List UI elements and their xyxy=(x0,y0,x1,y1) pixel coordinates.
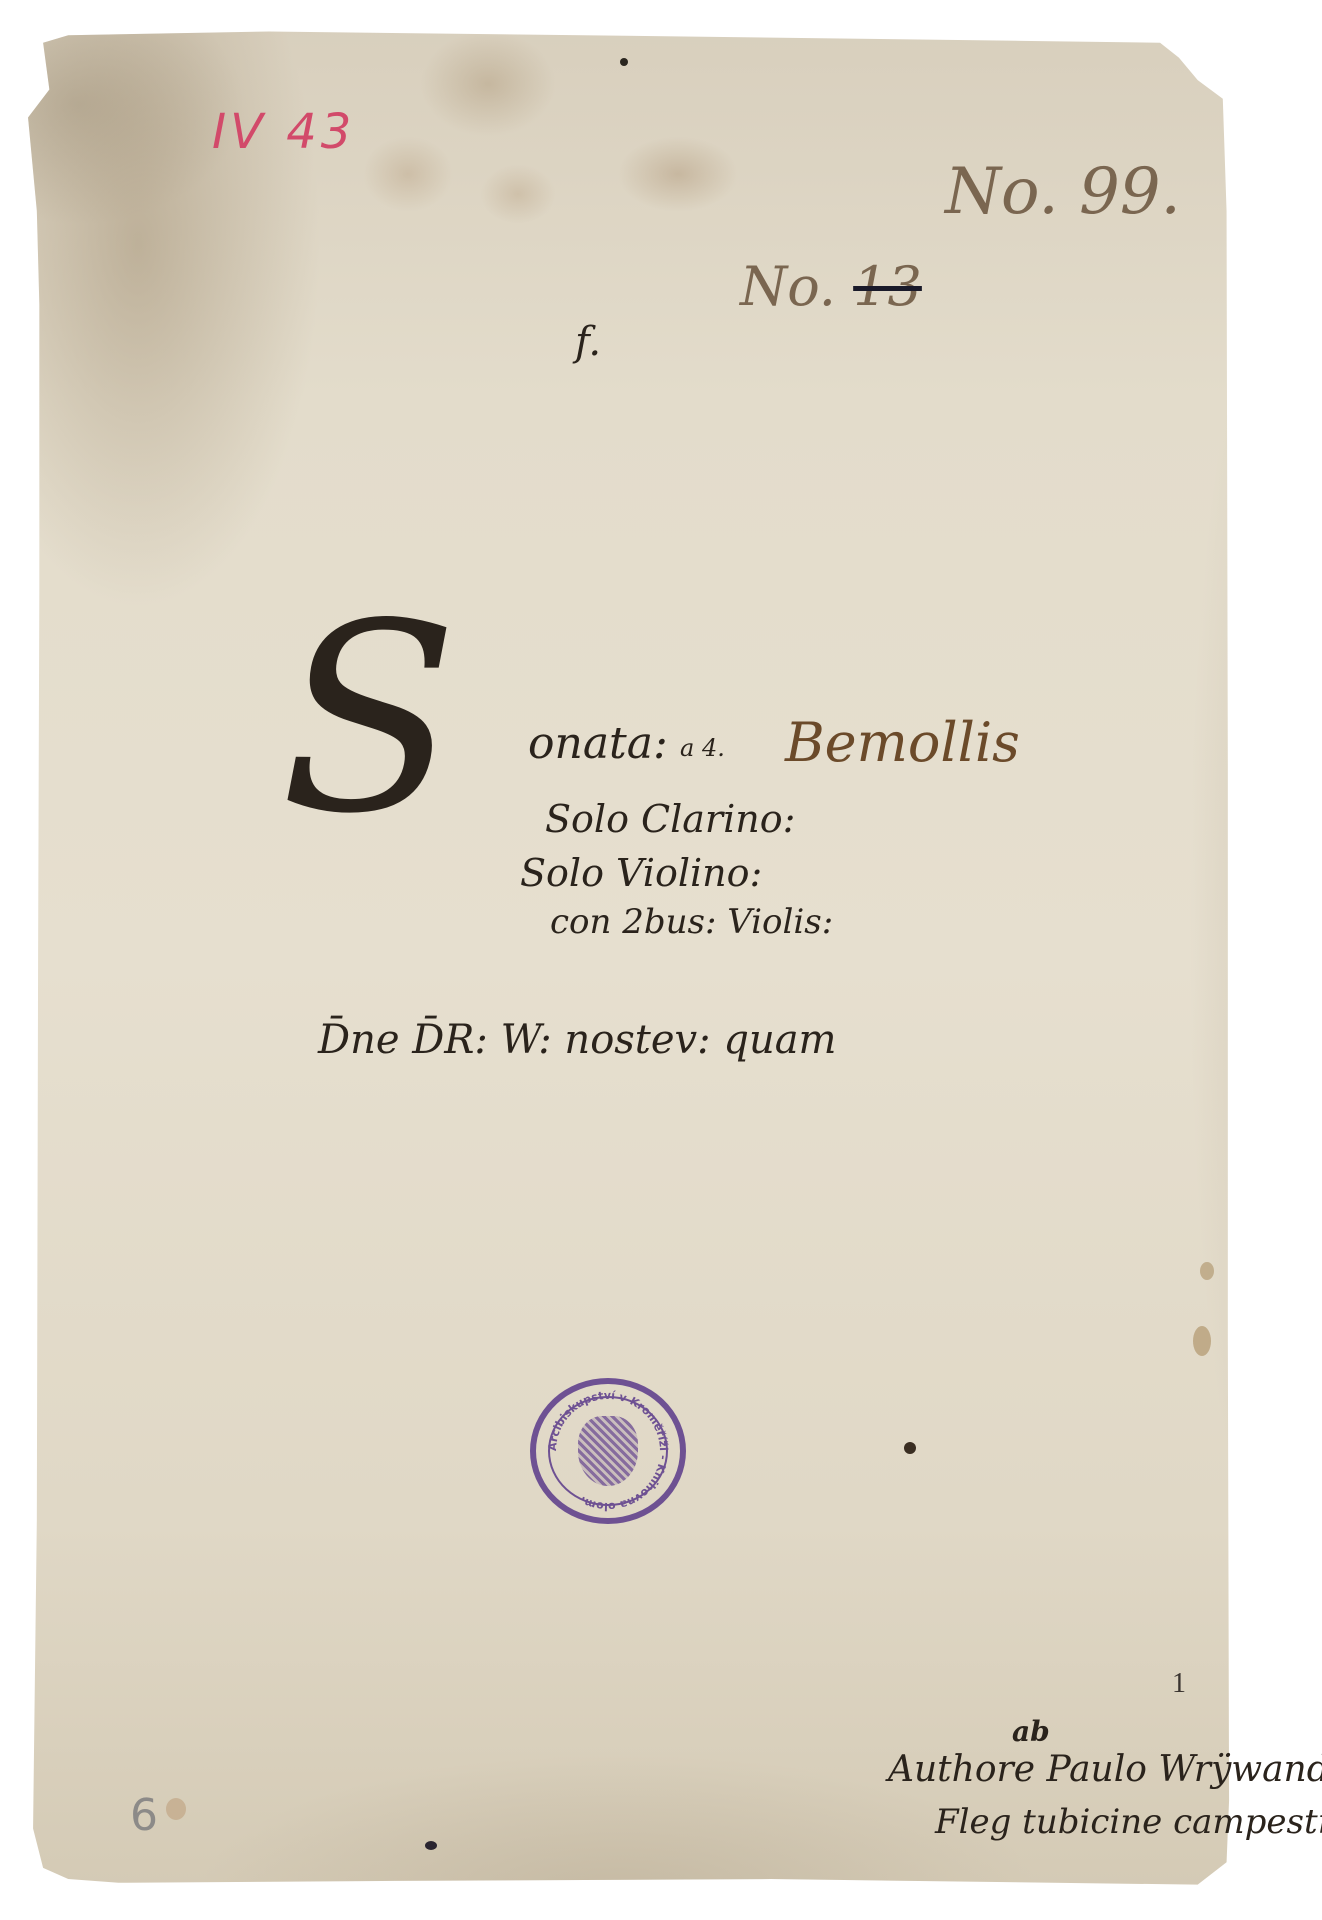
instrument-line-3: con 2bus: Violis: xyxy=(550,905,833,939)
title-voices: a 4. xyxy=(680,736,725,760)
crossed-out-value: 13 xyxy=(853,255,922,318)
ink-blot xyxy=(620,58,628,66)
small-mark: f. xyxy=(575,322,601,362)
library-stamp: Arcibiskupství v Kroměříži - Knihovna ol… xyxy=(530,1378,686,1524)
water-stain xyxy=(1193,1326,1211,1356)
water-stain xyxy=(1200,1262,1214,1280)
owner-line: D̄ne D̄R: W: nostev: quam xyxy=(318,1020,836,1060)
svg-text:Arcibiskupství v Kroměříži - K: Arcibiskupství v Kroměříži - Knihovna ol… xyxy=(546,1389,670,1513)
ink-blot xyxy=(425,1841,437,1850)
shelfmark-red-pencil: IV 43 xyxy=(212,104,355,160)
author-line-2: Fleg tubicine campestri.& xyxy=(935,1805,1322,1839)
author-prefix: ab xyxy=(1012,1718,1050,1746)
instrument-line-2: Solo Violino: xyxy=(520,854,762,892)
title-initial: S xyxy=(280,590,458,850)
ink-blot xyxy=(904,1442,916,1454)
title-word: onata: xyxy=(528,722,668,766)
water-stain xyxy=(166,1798,186,1820)
catalog-number-crossed-out: No. 13 xyxy=(740,260,922,314)
stamp-text: Arcibiskupství v Kroměříži - Knihovna ol… xyxy=(546,1389,670,1513)
scan-canvas: IV 43 No. 99. No. 13 f. S onata: a 4. Be… xyxy=(0,0,1322,1920)
stamp-text-ring: Arcibiskupství v Kroměříži - Knihovna ol… xyxy=(536,1384,680,1518)
catalog-number-current: No. 99. xyxy=(945,160,1181,224)
manuscript-sheet xyxy=(18,24,1273,1894)
title-key: Bemollis xyxy=(785,716,1020,770)
instrument-line-1: Solo Clarino: xyxy=(545,800,795,838)
catalog-number-prefix: No. xyxy=(740,255,853,318)
pencil-number: 6 xyxy=(130,1790,158,1841)
folio-number: 1 xyxy=(1172,1668,1186,1700)
author-line-1: Authore Paulo Wrÿwando, xyxy=(888,1752,1322,1788)
